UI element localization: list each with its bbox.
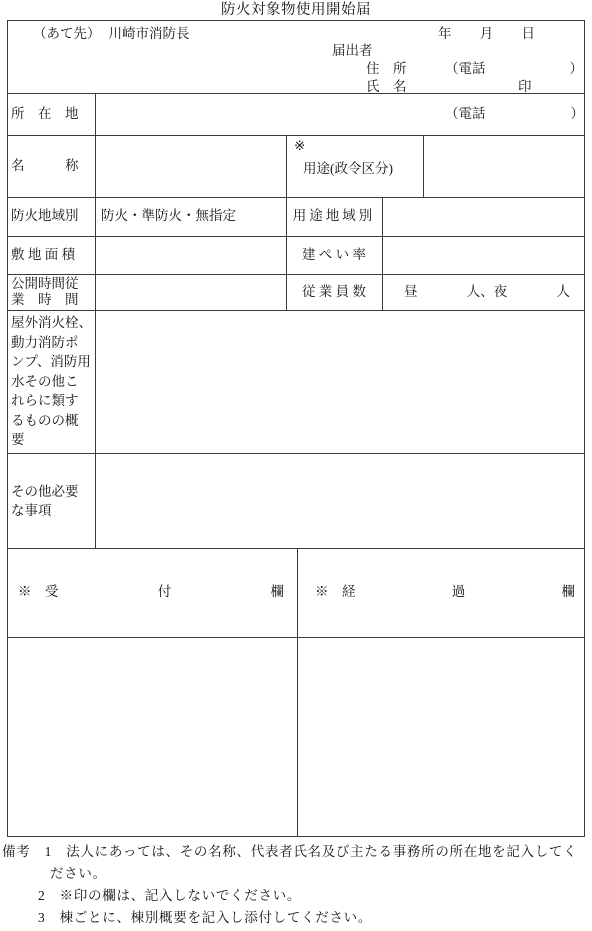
use-category-value-cell [423,135,585,197]
other-notes-value-cell [95,453,585,548]
site-area-value-cell [95,236,286,274]
date-day-label: 日 [522,25,536,43]
staff-night-label: 人、夜 [467,283,508,301]
progress-mid-label: 過 [452,583,466,601]
reception-mid-label: 付 [158,583,172,601]
phone-close-label: ） [571,105,585,123]
asterisk-mark: ※ [294,137,305,155]
building-name-label: 名 称 [8,135,95,197]
location-phone: （電話 ） [445,93,584,135]
staff-count-value: 昼 人、夜 人 [382,274,585,310]
progress-field [297,637,585,836]
phone-open-label: （電話 [445,60,486,78]
notifier-label: 届出者 [332,42,373,60]
equipment-summary-value-cell [95,310,585,453]
zoning-label: 用途地域別 [286,197,382,236]
fire-district-label: 防火地域別 [8,197,95,236]
form-table: （あて先） 川崎市消防長 年 月 日 届出者 住 所 （電話 ） 氏 名 印 所… [7,20,585,837]
use-category-label-cell: ※ 用途(政令区分) [286,135,423,197]
hours-label: 公開時間従 業 時 間 [8,274,95,310]
progress-section-header: ※ 経 過 欄 [297,548,585,637]
location-label: 所 在 地 [8,93,95,135]
building-coverage-value-cell [382,236,585,274]
reception-section-header: ※ 受 付 欄 [8,548,297,637]
date-line: 年 月 日 [438,25,535,43]
building-coverage-label: 建 ぺ い 率 [286,236,382,274]
addressee-line: （あて先） 川崎市消防長 [33,25,190,43]
form-title: 防火対象物使用開始届 [0,1,592,21]
note-line-2: ださい。 [50,865,107,883]
reception-mark-label: ※ 受 [18,583,59,601]
site-area-label: 敷 地 面 積 [8,236,95,274]
progress-mark-label: ※ 経 [315,583,356,601]
use-category-label: 用途(政令区分) [303,160,393,178]
staff-count-label: 従 業 員 数 [286,274,382,310]
fire-use-notification-form: 防火対象物使用開始届 （あて先） 川崎市消防長 年 月 日 届出者 住 所 （ [0,0,592,931]
equipment-summary-label: 屋外消火栓、 動力消防ポ ンプ、消防用 水その他こ れらに類す るものの概 要 [8,310,95,453]
date-year-label: 年 [438,25,452,43]
note-line-1: 備考 1 法人にあっては、その名称、代表者氏名及び主たる事務所の所在地を記入して… [2,843,577,861]
note-line-3: 2 ※印の欄は、記入しないでください。 [38,887,301,905]
reception-end-label: 欄 [271,583,285,601]
reception-field [8,637,297,836]
phone-open-label: （電話 [445,105,486,123]
building-name-value-cell [95,135,286,197]
notifier-address-label: 住 所 [366,60,407,78]
fire-district-options: 防火・準防火・無指定 [95,197,286,236]
addressee-name: 川崎市消防長 [109,25,190,43]
phone-close-label: ） [570,60,584,78]
notifier-phone: （電話 ） [445,60,583,78]
staff-day-label: 昼 [404,283,418,301]
note-line-4: 3 棟ごとに、棟別概要を記入し添付してください。 [38,909,372,927]
addressee-prefix: （あて先） [33,25,101,43]
progress-end-label: 欄 [562,583,576,601]
zoning-value-cell [382,197,585,236]
staff-unit-label: 人 [557,283,571,301]
other-notes-label: その他必要 な事項 [8,453,95,548]
date-month-label: 月 [480,25,494,43]
hours-value-cell [95,274,286,310]
location-value-cell [95,93,445,135]
